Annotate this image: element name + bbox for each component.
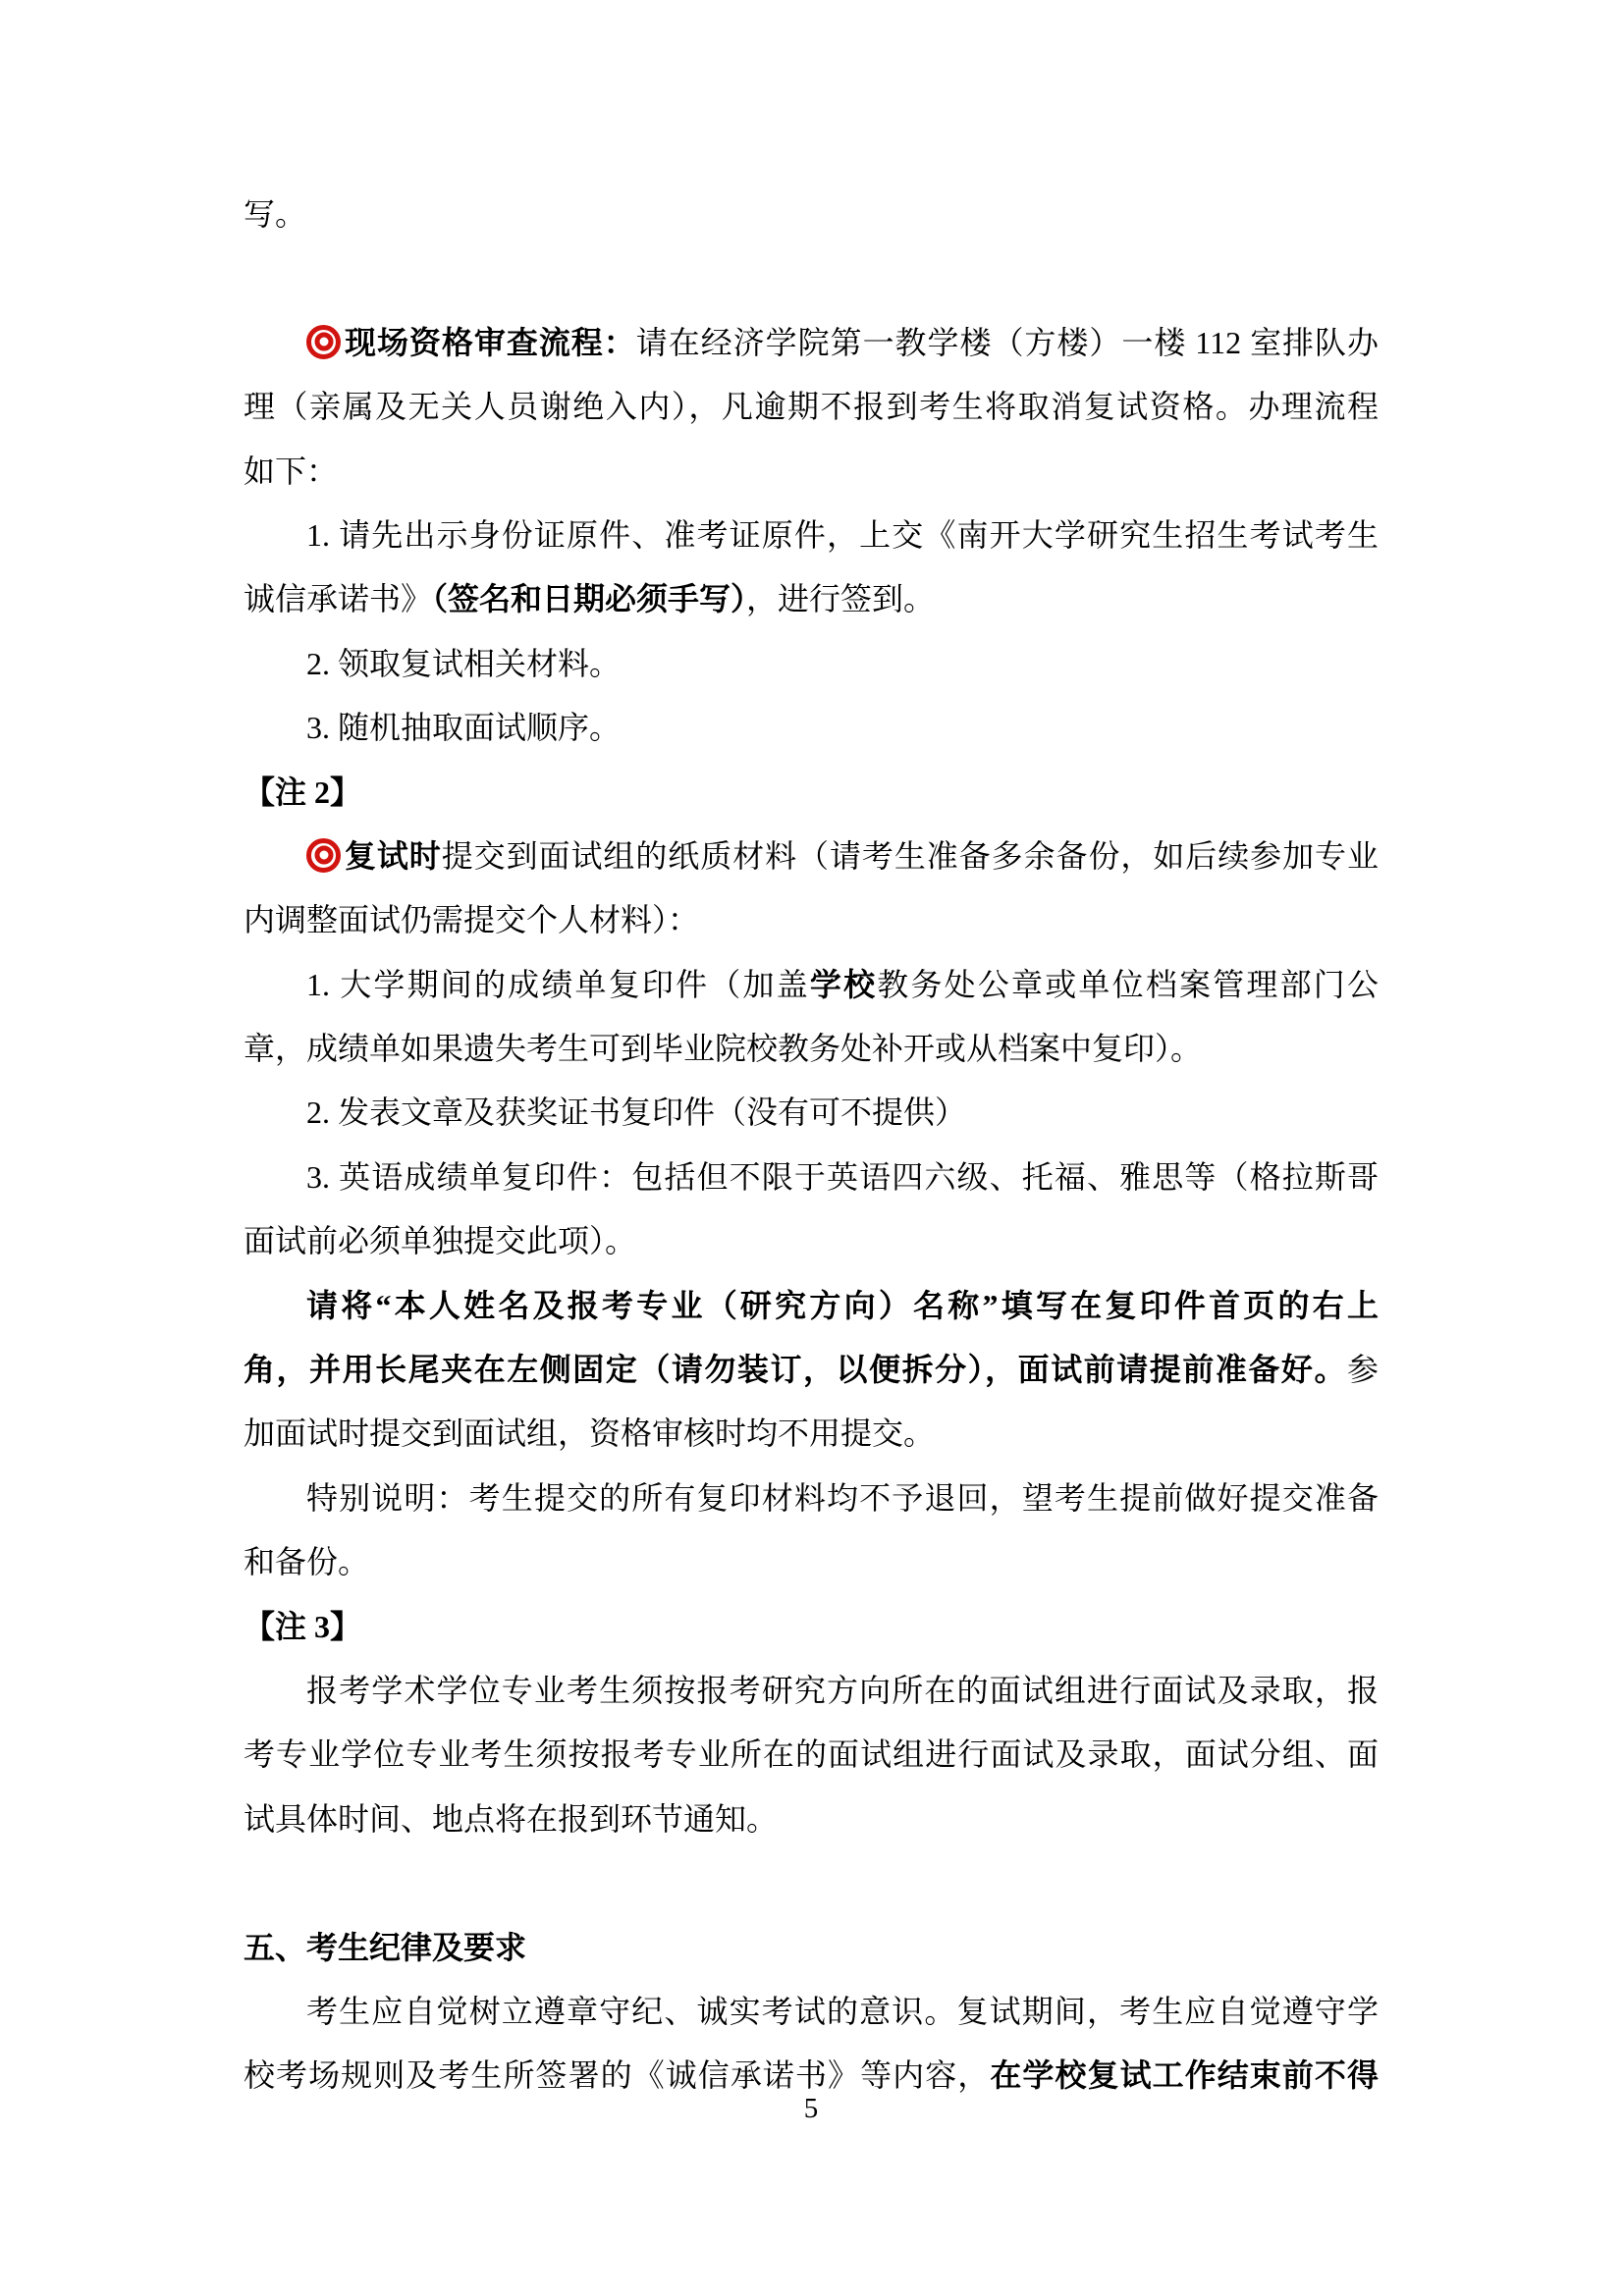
text-segment: 面试前必须单独提交此项）。	[244, 1223, 636, 1258]
line-material1-b: 章，成绩单如果遗失考生可到毕业院校教务处补开或从档案中复印）。	[244, 1017, 1379, 1081]
text-segment: 学校	[810, 967, 877, 1002]
line-material1-a: 1. 大学期间的成绩单复印件（加盖学校教务处公章或单位档案管理部门公	[244, 953, 1379, 1017]
note3-heading: 【注 3】	[244, 1595, 1379, 1659]
text-segment: 报考学术学位专业考生须按报考研究方向所在的面试组进行面试及录取，报	[306, 1673, 1379, 1708]
line-label-instruction-1: 请将“本人姓名及报考专业（研究方向）名称”填写在复印件首页的右上	[244, 1274, 1379, 1338]
line-onsite-review-1: 现场资格审查流程：请在经济学院第一教学楼（方楼）一楼 112 室排队办	[244, 311, 1379, 375]
text-segment: ，进行签到。	[746, 581, 935, 616]
text-segment: 3. 随机抽取面试顺序。	[306, 710, 621, 745]
line-onsite-review-3: 如下：	[244, 440, 1379, 504]
text-segment: 五、考生纪律及要求	[244, 1930, 526, 1965]
line-handwrite-tail: 写。	[244, 183, 1379, 246]
line-label-instruction-2: 角，并用长尾夹在左侧固定（请勿装订，以便拆分），面试前请提前准备好。参	[244, 1338, 1379, 1402]
line-step1-a: 1. 请先出示身份证原件、准考证原件，上交《南开大学研究生招生考试考生	[244, 504, 1379, 567]
line-grouping-1: 报考学术学位专业考生须按报考研究方向所在的面试组进行面试及录取，报	[244, 1659, 1379, 1723]
line-special-note-2: 和备份。	[244, 1530, 1379, 1594]
text-segment: 1. 请先出示身份证原件、准考证原件，上交《南开大学研究生招生考试考生	[306, 517, 1379, 553]
text-segment: 角，并用长尾夹在左侧固定（请勿装订，以便拆分），面试前请提前准备好。	[244, 1352, 1347, 1387]
blank-line	[244, 1851, 1379, 1915]
line-material3-a: 3. 英语成绩单复印件：包括但不限于英语四六级、托福、雅思等（格拉斯哥	[244, 1146, 1379, 1209]
text-segment: 考专业学位专业考生须按报考专业所在的面试组进行面试及录取，面试分组、面	[244, 1736, 1379, 1772]
text-segment: 校考场规则及考生所签署的《诚信承诺书》等内容，	[244, 2057, 990, 2093]
line-step3: 3. 随机抽取面试顺序。	[244, 696, 1379, 760]
text-segment: 【注 3】	[244, 1609, 361, 1644]
bullseye-icon	[306, 325, 341, 359]
text-segment: 教务处公章或单位档案管理部门公	[877, 967, 1379, 1002]
line-label-instruction-3: 加面试时提交到面试组，资格审核时均不用提交。	[244, 1402, 1379, 1466]
line-onsite-review-2: 理（亲属及无关人员谢绝入内），凡逾期不报到考生将取消复试资格。办理流程	[244, 375, 1379, 439]
text-segment: 1. 大学期间的成绩单复印件（加盖	[306, 967, 810, 1002]
line-material2: 2. 发表文章及获奖证书复印件（没有可不提供）	[244, 1081, 1379, 1145]
blank-line	[244, 246, 1379, 310]
line-discipline-1: 考生应自觉树立遵章守纪、诚实考试的意识。复试期间，考生应自觉遵守学	[244, 1980, 1379, 2044]
text-segment: 诚信承诺书》	[244, 581, 432, 616]
text-segment: 2. 发表文章及获奖证书复印件（没有可不提供）	[306, 1095, 966, 1130]
text-segment: 2. 领取复试相关材料。	[306, 646, 621, 681]
text-segment: 请将“本人姓名及报考专业（研究方向）名称”填写在复印件首页的右上	[306, 1288, 1379, 1323]
text-segment: 请在经济学院第一教学楼（方楼）一楼 112 室排队办	[636, 325, 1379, 360]
line-step1-b: 诚信承诺书》（签名和日期必须手写），进行签到。	[244, 567, 1379, 631]
text-segment: 理（亲属及无关人员谢绝入内），凡逾期不报到考生将取消复试资格。办理流程	[244, 389, 1379, 424]
text-segment: 在学校复试工作结束前不得	[990, 2057, 1379, 2093]
text-segment: 【注 2】	[244, 774, 361, 810]
text-segment: 写。	[244, 196, 306, 232]
line-grouping-3: 试具体时间、地点将在报到环节通知。	[244, 1788, 1379, 1851]
line-step2: 2. 领取复试相关材料。	[244, 632, 1379, 696]
text-segment: 如下：	[244, 454, 338, 489]
line-special-note-1: 特别说明：考生提交的所有复印材料均不予退回，望考生提前做好提交准备	[244, 1467, 1379, 1530]
page-number: 5	[244, 2089, 1379, 2128]
line-retest-materials-2: 内调整面试仍需提交个人材料）：	[244, 888, 1379, 952]
text-segment: 和备份。	[244, 1544, 369, 1579]
line-retest-materials-1: 复试时提交到面试组的纸质材料（请考生准备多余备份，如后续参加专业	[244, 825, 1379, 888]
document-page: 写。现场资格审查流程：请在经济学院第一教学楼（方楼）一楼 112 室排队办理（亲…	[0, 0, 1624, 2296]
text-segment: 3. 英语成绩单复印件：包括但不限于英语四六级、托福、雅思等（格拉斯哥	[306, 1159, 1379, 1195]
section5-heading: 五、考生纪律及要求	[244, 1916, 1379, 1980]
line-grouping-2: 考专业学位专业考生须按报考专业所在的面试组进行面试及录取，面试分组、面	[244, 1723, 1379, 1787]
text-segment: （签名和日期必须手写）	[432, 581, 746, 616]
text-segment: 内调整面试仍需提交个人材料）：	[244, 902, 699, 937]
line-material3-b: 面试前必须单独提交此项）。	[244, 1209, 1379, 1273]
note2-heading: 【注 2】	[244, 761, 1379, 825]
document-content: 写。现场资格审查流程：请在经济学院第一教学楼（方楼）一楼 112 室排队办理（亲…	[244, 183, 1379, 2109]
text-segment: 提交到面试组的纸质材料（请考生准备多余备份，如后续参加专业	[442, 838, 1379, 874]
text-segment: 参	[1347, 1352, 1379, 1387]
text-segment: 复试时	[344, 838, 442, 874]
bullseye-icon	[306, 838, 341, 873]
text-segment: 试具体时间、地点将在报到环节通知。	[244, 1801, 778, 1837]
text-segment: 加面试时提交到面试组，资格审核时均不用提交。	[244, 1415, 935, 1451]
text-segment: 考生应自觉树立遵章守纪、诚实考试的意识。复试期间，考生应自觉遵守学	[306, 1994, 1379, 2029]
text-segment: 现场资格审查流程：	[344, 325, 636, 360]
text-segment: 特别说明：考生提交的所有复印材料均不予退回，望考生提前做好提交准备	[306, 1480, 1379, 1516]
text-segment: 章，成绩单如果遗失考生可到毕业院校教务处补开或从档案中复印）。	[244, 1031, 1202, 1066]
